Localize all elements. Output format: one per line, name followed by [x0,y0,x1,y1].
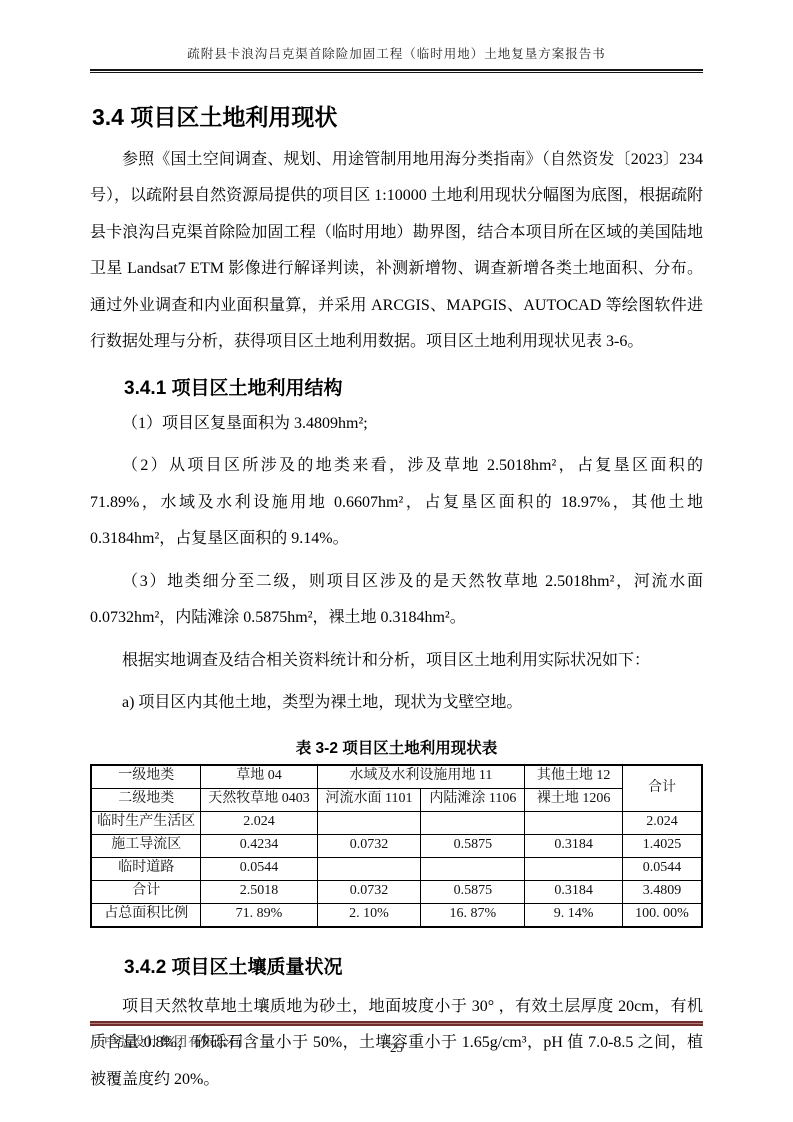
table-header-cell: 天然牧草地 0403 [201,788,317,811]
list-item-3: （3）地类细分至二级，则项目区涉及的是天然牧草地 2.5018hm²，河流水面 … [90,564,703,637]
table-header-cell: 二级地类 [91,788,201,811]
table-cell [421,811,525,834]
table-cell: 71. 89% [201,903,317,927]
paragraph-3-4-intro: 参照《国土空间调查、规划、用途管制用地用海分类指南》（自然资发〔2023〕234… [90,142,703,361]
table-header-cell: 内陆滩涂 1106 [421,788,525,811]
table-row-label: 临时道路 [91,857,201,880]
list-item-a: a) 项目区内其他土地，类型为裸土地，现状为戈壁空地。 [90,685,703,721]
table-row-label: 占总面积比例 [91,903,201,927]
table-header-row-level1: 一级地类 草地 04 水域及水利设施用地 11 其他土地 12 合计 [91,765,702,789]
table-title: 表 3-2 项目区土地利用现状表 [90,736,703,758]
table-row: 施工导流区 0.4234 0.0732 0.5875 0.3184 1.4025 [91,834,702,857]
section-heading-3-4-1: 3.4.1 项目区土地利用结构 [124,373,703,400]
table-cell: 0.0732 [317,880,421,903]
list-item-1: （1）项目区复垦面积为 3.4809hm²; [90,406,703,442]
table-cell: 2.5018 [201,880,317,903]
table-cell: 2.024 [201,811,317,834]
table-row: 临时生产生活区 2.024 2.024 [91,811,702,834]
table-header-cell: 一级地类 [91,765,201,789]
table-row-total: 合计 2.5018 0.0732 0.5875 0.3184 3.4809 [91,880,702,903]
table-header-cell-total: 合计 [623,765,702,812]
table-cell: 100. 00% [623,903,702,927]
page-header: 疏附县卡浪沟吕克渠首除险加固工程（临时用地）土地复垦方案报告书 [0,0,793,62]
land-use-table: 一级地类 草地 04 水域及水利设施用地 11 其他土地 12 合计 二级地类 … [90,764,703,928]
table-cell: 0.5875 [421,834,525,857]
table-cell [421,857,525,880]
table-cell [317,811,421,834]
table-cell: 0.5875 [421,880,525,903]
table-cell [525,857,623,880]
section-heading-3-4: 3.4 项目区土地利用现状 [92,99,703,132]
table-cell: 0.0544 [201,857,317,880]
table-cell: 0.0544 [623,857,702,880]
table-cell: 0.3184 [525,834,623,857]
table-header-cell: 河流水面 1101 [317,788,421,811]
header-rule [90,69,703,73]
list-item-2: （2）从项目区所涉及的地类来看，涉及草地 2.5018hm²，占复垦区面积的 7… [90,448,703,557]
table-row-label: 施工导流区 [91,834,201,857]
page-body: 3.4 项目区土地利用现状 参照《国土空间调查、规划、用途管制用地用海分类指南》… [0,99,793,1098]
paragraph-survey-note: 根据实地调查及结合相关资料统计和分析，项目区土地利用实际状况如下： [90,643,703,679]
table-cell: 3.4809 [623,880,702,903]
table-header-cell: 草地 04 [201,765,317,789]
table-header-cell: 水域及水利设施用地 11 [317,765,525,789]
table-cell: 1.4025 [623,834,702,857]
table-cell: 0.4234 [201,834,317,857]
table-cell: 9. 14% [525,903,623,927]
table-cell: 16. 87% [421,903,525,927]
page-number: 25 [0,1040,793,1056]
table-row-label: 临时生产生活区 [91,811,201,834]
table-header-cell: 其他土地 12 [525,765,623,789]
table-cell: 2.024 [623,811,702,834]
table-cell: 0.0732 [317,834,421,857]
table-row-percentage: 占总面积比例 71. 89% 2. 10% 16. 87% 9. 14% 100… [91,903,702,927]
document-page: 疏附县卡浪沟吕克渠首除险加固工程（临时用地）土地复垦方案报告书 3.4 项目区土… [0,0,793,1122]
table-cell: 0.3184 [525,880,623,903]
header-title: 疏附县卡浪沟吕克渠首除险加固工程（临时用地）土地复垦方案报告书 [0,44,793,62]
table-cell [525,811,623,834]
table-row: 临时道路 0.0544 0.0544 [91,857,702,880]
table-cell: 2. 10% [317,903,421,927]
section-heading-3-4-2: 3.4.2 项目区土壤质量状况 [124,952,703,979]
footer-rule [90,1021,703,1026]
table-header-cell: 裸土地 1206 [525,788,623,811]
table-cell [317,857,421,880]
table-header-row-level2: 二级地类 天然牧草地 0403 河流水面 1101 内陆滩涂 1106 裸土地 … [91,788,702,811]
table-row-label: 合计 [91,880,201,903]
